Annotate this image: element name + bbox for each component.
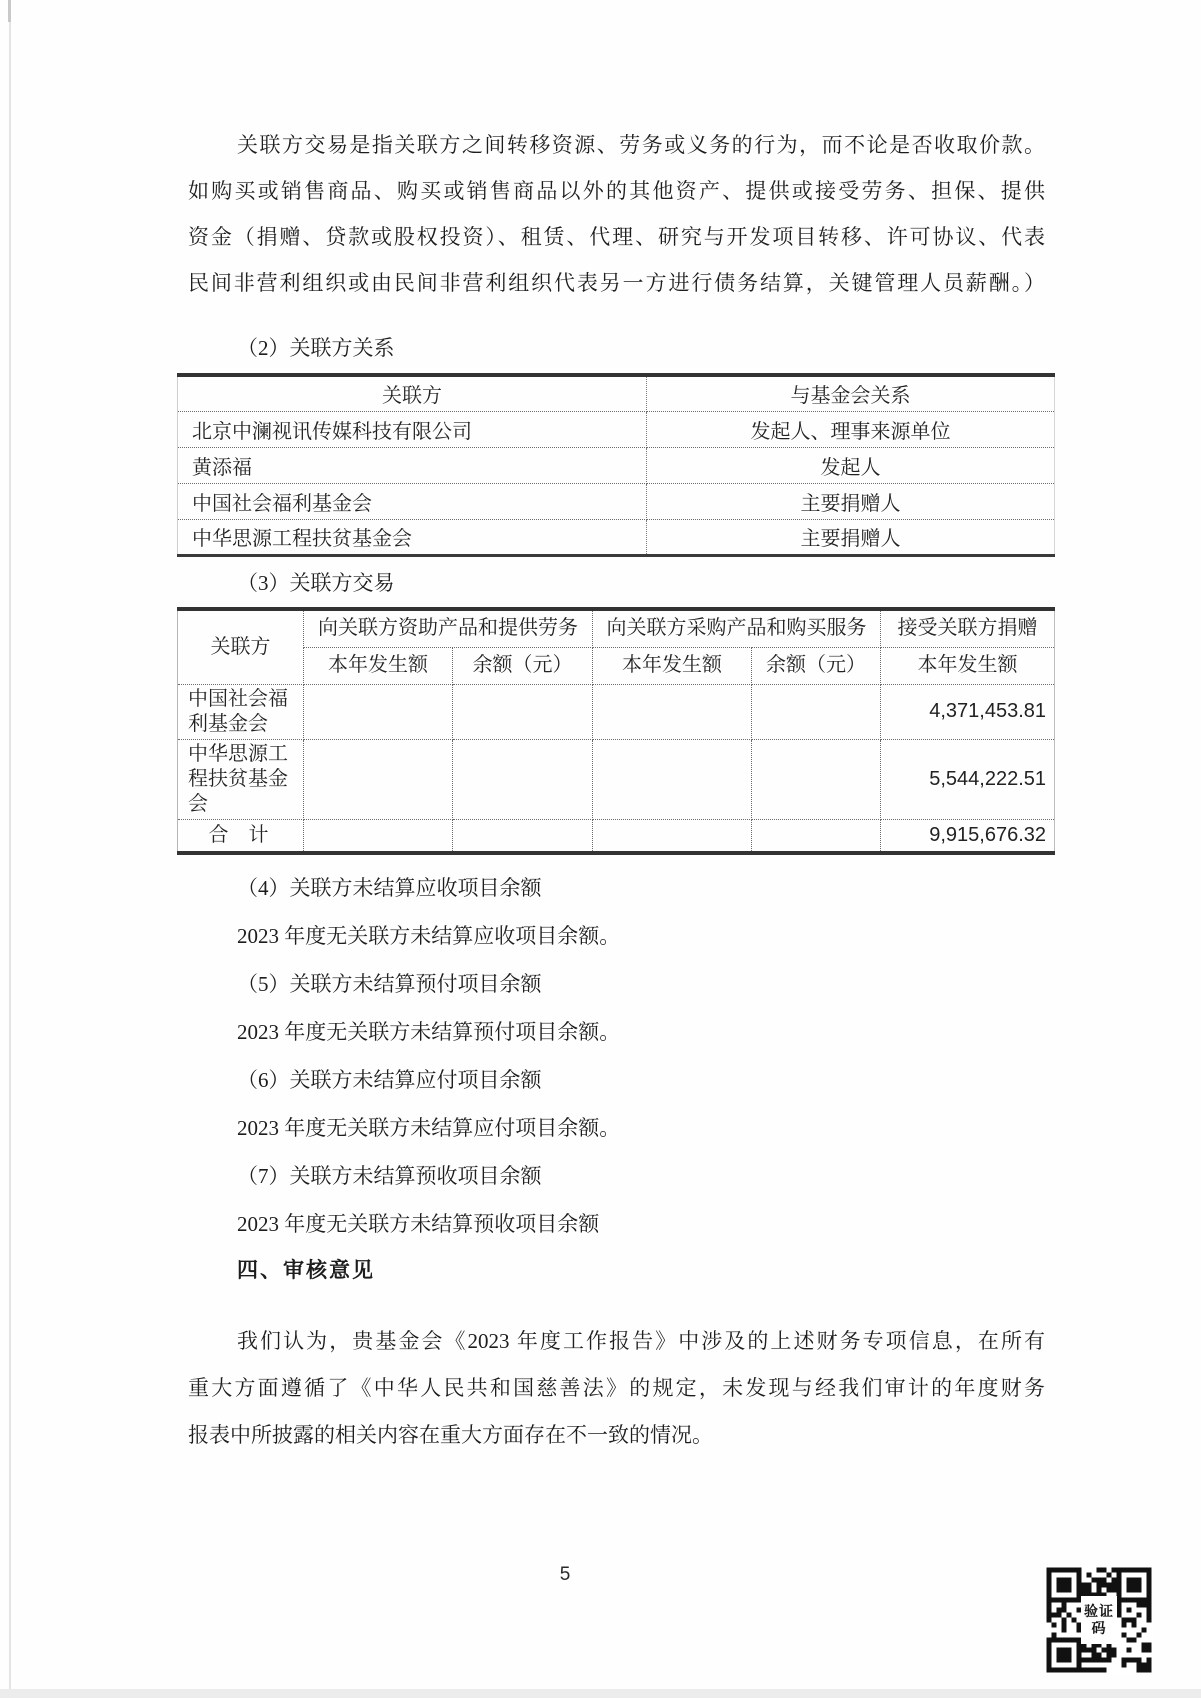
scan-left-edge-line: [9, 0, 11, 1698]
paragraph-line: 我们认为，贵基金会《2023 年度工作报告》中涉及的上述财务专项信息，在所有: [188, 1318, 1045, 1365]
subheader-amount: 本年发生额: [593, 647, 752, 684]
qr-verification-label: 验证 码: [1081, 1596, 1117, 1644]
column-header-party: 关联方: [178, 375, 647, 411]
document-page: 关联方交易是指关联方之间转移资源、劳务或义务的行为，而不论是否收取价款。 如购买…: [0, 0, 1201, 1698]
amount-cell: [304, 684, 453, 739]
column-header-party: 关联方: [178, 609, 304, 684]
table-row: 中华思源工程扶贫基金会 主要捐赠人: [178, 519, 1055, 555]
paragraph-line: 报表中所披露的相关内容在重大方面存在不一致的情况。: [188, 1412, 1045, 1459]
column-header-relation: 与基金会关系: [647, 375, 1055, 411]
qr-label-line1: 验证: [1084, 1603, 1114, 1620]
party-name-cell: 中华思源工程扶贫基金会: [178, 519, 647, 555]
table-total-row: 合 计 9,915,676.32: [178, 819, 1055, 853]
scan-left-edge-mark: [8, 0, 11, 22]
qr-label-line2: 码: [1092, 1620, 1107, 1637]
donation-amount-cell: 4,371,453.81: [881, 684, 1055, 739]
balance-cell: [752, 819, 881, 853]
party-name-cell: 北京中澜视讯传媒科技有限公司: [178, 411, 647, 447]
amount-cell: [593, 739, 752, 819]
paragraph-line: 如购买或销售商品、购买或销售商品以外的其他资产、提供或接受劳务、担保、提供: [188, 168, 1045, 214]
balance-cell: [453, 739, 593, 819]
note-body: 2023 年度无关联方未结算预付项目余额。: [237, 1008, 1057, 1056]
subheader-balance: 余额（元）: [453, 647, 593, 684]
scan-bottom-band: [0, 1689, 1201, 1698]
note-body: 2023 年度无关联方未结算应收项目余额。: [237, 912, 1057, 960]
section-2-heading: （2）关联方关系: [237, 336, 395, 360]
amount-cell: [304, 739, 453, 819]
table-row: 中华思源工程扶贫基金会 5,544,222.51: [178, 739, 1055, 819]
table-subheader-row: 本年发生额 余额（元） 本年发生额 余额（元） 本年发生额: [178, 647, 1055, 684]
relation-cell: 主要捐赠人: [647, 519, 1055, 555]
table-row: 黄添福 发起人: [178, 447, 1055, 483]
transactions-table: 关联方 向关联方资助产品和提供劳务 向关联方采购产品和购买服务 接受关联方捐赠 …: [177, 607, 1054, 855]
table-row: 北京中澜视讯传媒科技有限公司 发起人、理事来源单位: [178, 411, 1055, 447]
group-header-donation: 接受关联方捐赠: [881, 609, 1055, 647]
amount-cell: [593, 684, 752, 739]
table-header-row: 关联方 与基金会关系: [178, 375, 1055, 411]
section-3-heading: （3）关联方交易: [237, 571, 395, 595]
donation-total-cell: 9,915,676.32: [881, 819, 1055, 853]
table-row: 中国社会福利基金会 4,371,453.81: [178, 684, 1055, 739]
subheader-amount: 本年发生额: [304, 647, 453, 684]
subheader-balance: 余额（元）: [752, 647, 881, 684]
group-header-purchase: 向关联方采购产品和购买服务: [593, 609, 881, 647]
party-name-cell: 黄添福: [178, 447, 647, 483]
donation-amount-cell: 5,544,222.51: [881, 739, 1055, 819]
verification-qr-code: 验证 码: [1045, 1566, 1153, 1674]
relation-cell: 发起人: [647, 447, 1055, 483]
note-body: 2023 年度无关联方未结算预收项目余额: [237, 1200, 1057, 1248]
table-header-row: 关联方 向关联方资助产品和提供劳务 向关联方采购产品和购买服务 接受关联方捐赠: [178, 609, 1055, 647]
opinion-paragraph: 我们认为，贵基金会《2023 年度工作报告》中涉及的上述财务专项信息，在所有 重…: [188, 1318, 1045, 1459]
note-body: 2023 年度无关联方未结算应付项目余额。: [237, 1104, 1057, 1152]
opinion-heading: 四、审核意见: [237, 1254, 375, 1284]
relation-cell: 发起人、理事来源单位: [647, 411, 1055, 447]
page-number: 5: [540, 1564, 590, 1586]
table-row: 中国社会福利基金会 主要捐赠人: [178, 483, 1055, 519]
total-label-cell: 合 计: [178, 819, 304, 853]
note-heading: （4）关联方未结算应收项目余额: [237, 864, 1057, 912]
intro-paragraph: 关联方交易是指关联方之间转移资源、劳务或义务的行为，而不论是否收取价款。 如购买…: [188, 122, 1045, 306]
balance-cell: [752, 684, 881, 739]
balance-cell: [453, 819, 593, 853]
balance-cell: [453, 684, 593, 739]
note-heading: （6）关联方未结算应付项目余额: [237, 1056, 1057, 1104]
party-name-cell: 中国社会福利基金会: [178, 483, 647, 519]
party-name-cell: 中华思源工程扶贫基金会: [178, 739, 304, 819]
paragraph-line: 民间非营利组织或由民间非营利组织代表另一方进行债务结算，关键管理人员薪酬。）: [188, 260, 1045, 306]
paragraph-line: 关联方交易是指关联方之间转移资源、劳务或义务的行为，而不论是否收取价款。: [188, 122, 1045, 168]
relation-cell: 主要捐赠人: [647, 483, 1055, 519]
balance-cell: [752, 739, 881, 819]
group-header-aid: 向关联方资助产品和提供劳务: [304, 609, 593, 647]
amount-cell: [593, 819, 752, 853]
party-name-cell: 中国社会福利基金会: [178, 684, 304, 739]
relations-table: 关联方 与基金会关系 北京中澜视讯传媒科技有限公司 发起人、理事来源单位 黄添福…: [177, 373, 1054, 557]
subheader-amount: 本年发生额: [881, 647, 1055, 684]
note-heading: （7）关联方未结算预收项目余额: [237, 1152, 1057, 1200]
note-heading: （5）关联方未结算预付项目余额: [237, 960, 1057, 1008]
paragraph-line: 重大方面遵循了《中华人民共和国慈善法》的规定，未发现与经我们审计的年度财务: [188, 1365, 1045, 1412]
paragraph-line: 资金（捐赠、贷款或股权投资）、租赁、代理、研究与开发项目转移、许可协议、代表: [188, 214, 1045, 260]
amount-cell: [304, 819, 453, 853]
notes-section: （4）关联方未结算应收项目余额 2023 年度无关联方未结算应收项目余额。 （5…: [237, 864, 1057, 1248]
